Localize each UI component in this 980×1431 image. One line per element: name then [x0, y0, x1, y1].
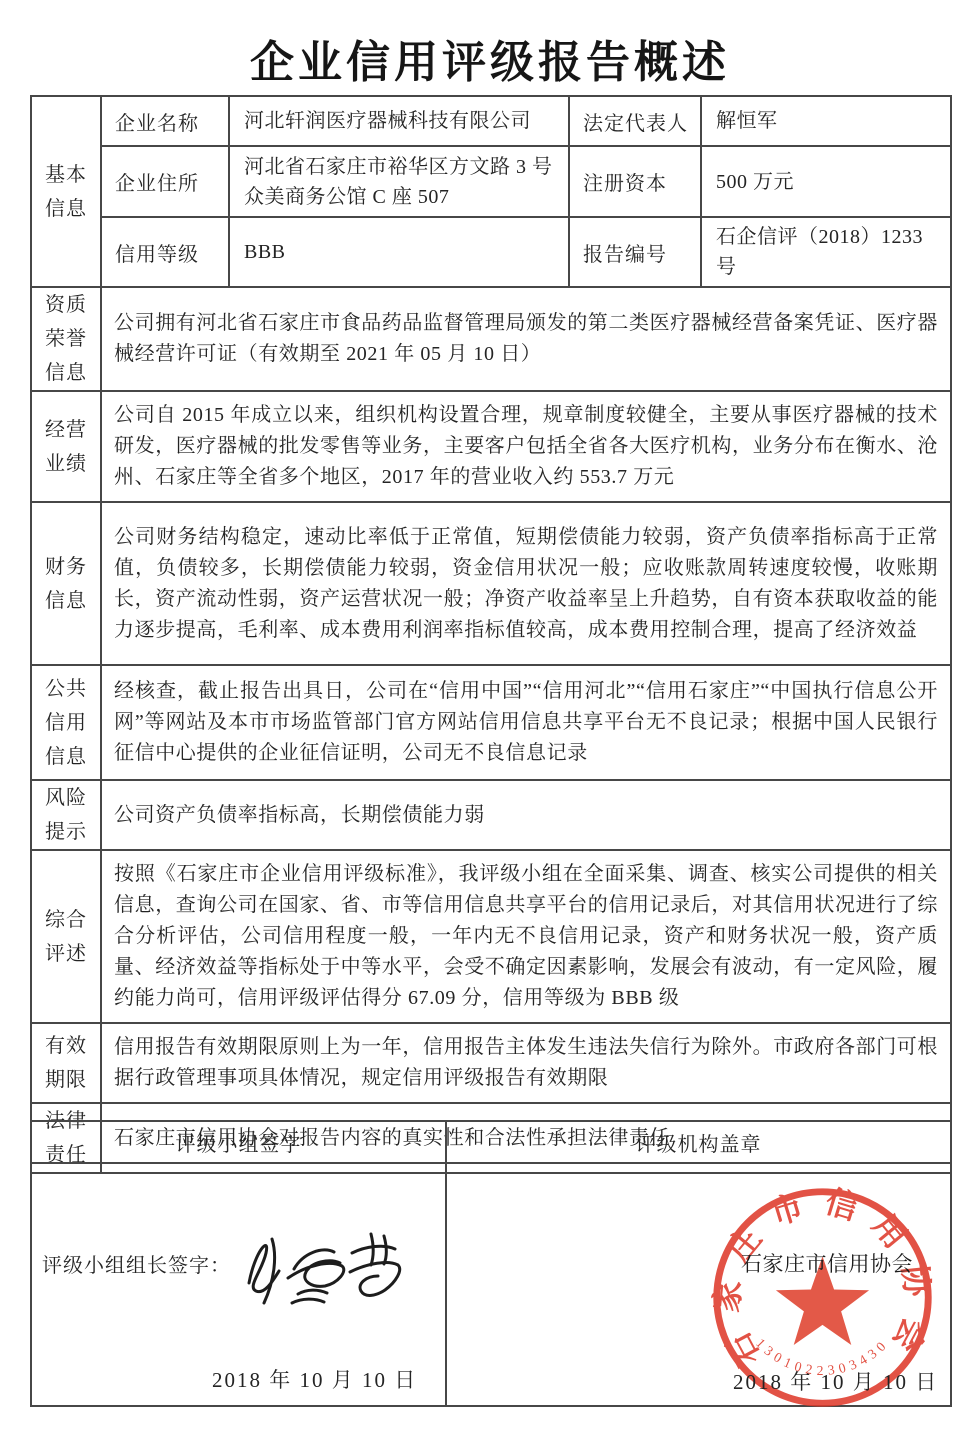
- document-page: 企业信用评级报告概述 基本信息 企业名称 河北轩润医疗器械科技有限公司 法定代表…: [0, 0, 980, 1431]
- address-label: 企业住所: [101, 146, 229, 217]
- table-row: 资质荣誉信息 公司拥有河北省石家庄市食品药品监督管理局颁发的第二类医疗器械经营备…: [31, 287, 951, 391]
- qualification-content: 公司拥有河北省石家庄市食品药品监督管理局颁发的第二类医疗器械经营备案凭证、医疗器…: [101, 287, 951, 391]
- reg-capital-label: 注册资本: [569, 146, 701, 217]
- public-credit-content: 经核查，截止报告出具日，公司在“信用中国”“信用河北”“信用石家庄”“中国执行信…: [101, 665, 951, 780]
- company-name-label: 企业名称: [101, 96, 229, 146]
- section-header-performance: 经营业绩: [31, 391, 101, 502]
- section-header-risk: 风险提示: [31, 780, 101, 850]
- team-sign-header: 评级小组签字: [31, 1121, 446, 1163]
- finance-content: 公司财务结构稳定，速动比率低于正常值，短期偿债能力较弱，资产负债率指标高于正常值…: [101, 502, 951, 665]
- signature-table: 评级小组签字 评级机构盖章 评级小组组长签字：: [30, 1120, 952, 1407]
- table-row: 综合评述 按照《石家庄市企业信用评级标准》，我评级小组在全面采集、调查、核实公司…: [31, 850, 951, 1023]
- table-row: 评级小组签字 评级机构盖章: [31, 1121, 951, 1163]
- report-number-value: 石企信评（2018）1233 号: [701, 217, 951, 287]
- table-row: 财务信息 公司财务结构稳定，速动比率低于正常值，短期偿债能力较弱，资产负债率指标…: [31, 502, 951, 665]
- agency-seal-cell: 石家庄市信用协会 1301022303430 石家庄市信用协会 2018 年 1…: [446, 1163, 951, 1406]
- table-row: 经营业绩 公司自 2015 年成立以来，组织机构设置合理，规章制度较健全，主要从…: [31, 391, 951, 502]
- table-row: 企业住所 河北省石家庄市裕华区方文路 3 号众美商务公馆 C 座 507 注册资…: [31, 146, 951, 217]
- handwritten-signature: [237, 1219, 412, 1314]
- section-header-summary: 综合评述: [31, 850, 101, 1023]
- credit-grade-value: BBB: [229, 217, 569, 287]
- reg-capital-value: 500 万元: [701, 146, 951, 217]
- address-value: 河北省石家庄市裕华区方文路 3 号众美商务公馆 C 座 507: [229, 146, 569, 217]
- company-name-value: 河北轩润医疗器械科技有限公司: [229, 96, 569, 146]
- team-sign-date: 2018 年 10 月 10 日: [212, 1364, 417, 1394]
- agency-name: 石家庄市信用协会: [741, 1248, 913, 1278]
- report-number-label: 报告编号: [569, 217, 701, 287]
- risk-content: 公司资产负债率指标高，长期偿债能力弱: [101, 780, 951, 850]
- table-row: 有效期限 信用报告有效期限原则上为一年，信用报告主体发生违法失信行为除外。市政府…: [31, 1023, 951, 1103]
- agency-seal-date: 2018 年 10 月 10 日: [733, 1366, 938, 1396]
- summary-content: 按照《石家庄市企业信用评级标准》，我评级小组在全面采集、调查、核实公司提供的相关…: [101, 850, 951, 1023]
- table-row: 评级小组组长签字： 2018 年 10 月: [31, 1163, 951, 1406]
- legal-rep-label: 法定代表人: [569, 96, 701, 146]
- team-sign-cell: 评级小组组长签字： 2018 年 10 月: [31, 1163, 446, 1406]
- section-header-validity: 有效期限: [31, 1023, 101, 1103]
- credit-grade-label: 信用等级: [101, 217, 229, 287]
- table-row: 基本信息 企业名称 河北轩润医疗器械科技有限公司 法定代表人 解恒军: [31, 96, 951, 146]
- validity-content: 信用报告有效期限原则上为一年，信用报告主体发生违法失信行为除外。市政府各部门可根…: [101, 1023, 951, 1103]
- page-title: 企业信用评级报告概述: [0, 26, 980, 90]
- section-header-qualification: 资质荣誉信息: [31, 287, 101, 391]
- legal-rep-value: 解恒军: [701, 96, 951, 146]
- table-row: 信用等级 BBB 报告编号 石企信评（2018）1233 号: [31, 217, 951, 287]
- section-header-public-credit: 公共信用信息: [31, 665, 101, 780]
- table-row: 公共信用信息 经核查，截止报告出具日，公司在“信用中国”“信用河北”“信用石家庄…: [31, 665, 951, 780]
- table-row: 风险提示 公司资产负债率指标高，长期偿债能力弱: [31, 780, 951, 850]
- leader-sign-label: 评级小组组长签字：: [42, 1249, 231, 1278]
- agency-seal-header: 评级机构盖章: [446, 1121, 951, 1163]
- section-header-basic-info: 基本信息: [31, 96, 101, 287]
- performance-content: 公司自 2015 年成立以来，组织机构设置合理，规章制度较健全，主要从事医疗器械…: [101, 391, 951, 502]
- report-table: 基本信息 企业名称 河北轩润医疗器械科技有限公司 法定代表人 解恒军 企业住所 …: [30, 95, 952, 1174]
- section-header-finance: 财务信息: [31, 502, 101, 665]
